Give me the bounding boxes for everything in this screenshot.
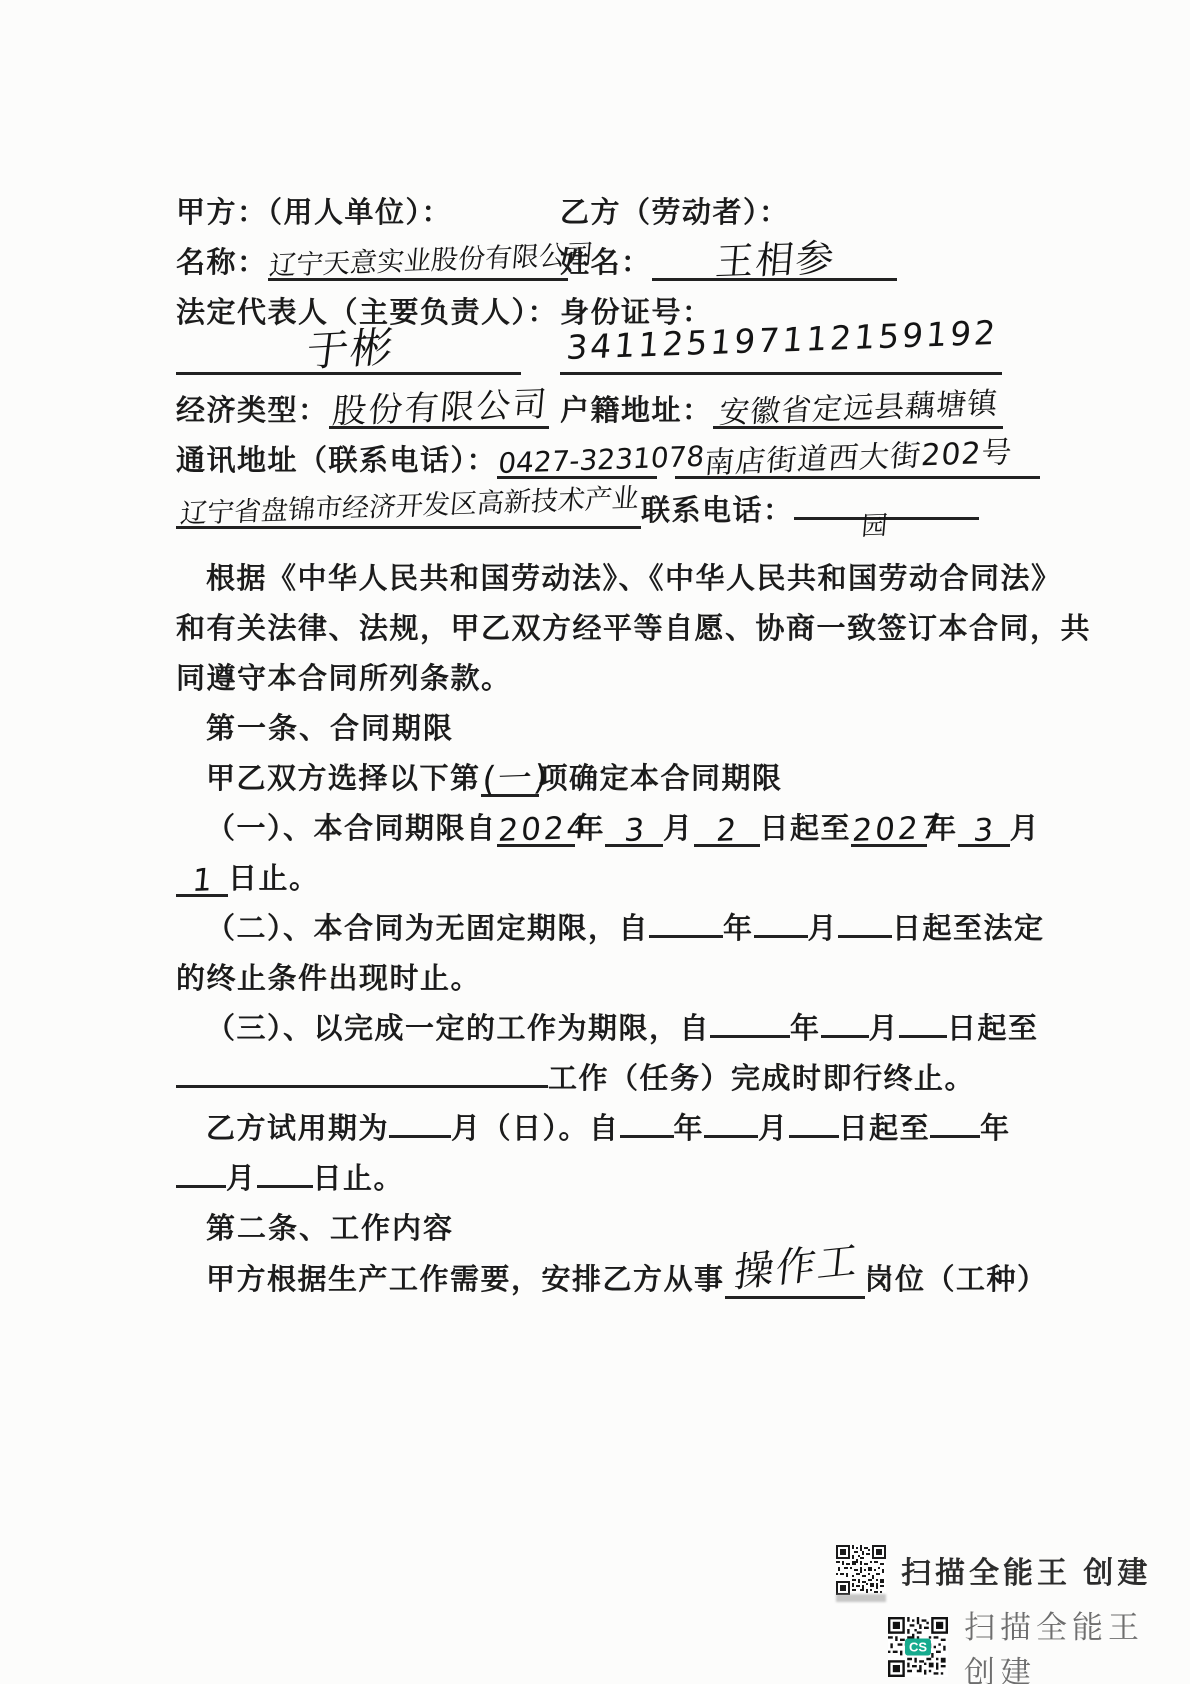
item3-cont-row: 工作（任务）完成时即行终止。 <box>176 1056 975 1097</box>
trial-day-from-label: 日起至 <box>839 1113 931 1145</box>
watermark-first: 扫描全能王 创建 <box>835 1545 1151 1595</box>
trial-cont-month-label: 月 <box>226 1163 257 1195</box>
item3-month-underline <box>821 1035 869 1038</box>
item2-suffix: 日起至法定 <box>892 913 1045 945</box>
economic-type-label: 经济类型： <box>176 395 329 427</box>
item1-start-year: 2024 <box>497 813 591 847</box>
item1-start-day-underline: 2 <box>694 813 760 847</box>
economic-type-value: 股份有限公司 <box>331 387 550 429</box>
select-suffix: 项确定本合同期限 <box>539 763 783 795</box>
item2-month-underline <box>754 935 808 938</box>
item1-start-month-underline: 3 <box>605 813 663 847</box>
preamble-line2: 和有关法律、法规，甲乙双方经平等自愿、协商一致签订本合同，共 <box>176 606 1091 647</box>
party-a-name-underline: 辽宁天意实业股份有限公司 <box>268 249 568 281</box>
article1-select-row: 甲乙双方选择以下第(一)项确定本合同期限 <box>206 756 783 797</box>
item1-start-year-underline: 2024 <box>497 813 575 847</box>
registered-address-value2: 南店街道西大街202号 <box>703 438 1014 479</box>
article2-work-row: 甲方根据生产工作需要，安排乙方从事操作工岗位（工种） <box>206 1256 1048 1299</box>
work-suffix: 岗位（工种） <box>865 1264 1048 1296</box>
party-b-name-label: 姓名： <box>560 247 652 279</box>
preamble-line1: 根据《中华人民共和国劳动法》、《中华人民共和国劳动合同法》 <box>206 556 1062 597</box>
item1-cont-day-underline: 1 <box>176 863 228 897</box>
item2-day-underline <box>838 935 892 938</box>
scan-smudge <box>836 1594 886 1602</box>
item2-month-label: 月 <box>808 913 839 945</box>
preamble-line3: 同遵守本合同所列条款。 <box>176 656 512 697</box>
select-value: (一) <box>481 761 550 797</box>
item2-year-label: 年 <box>723 913 754 945</box>
legal-rep-signature: 于彬 <box>304 326 397 373</box>
watermark-second: CS 扫描全能王 创建 <box>888 1602 1190 1684</box>
article1-heading: 第一条、合同期限 <box>206 706 454 747</box>
trial-cont-row: 月日止。 <box>176 1156 404 1197</box>
work-value: 操作工 <box>732 1240 862 1294</box>
contact-phone-label: 联系电话： <box>641 495 794 527</box>
item3-prefix: （三）、以完成一定的工作为期限，自 <box>206 1013 710 1045</box>
comm-phone-underline: 0427-3231078 <box>497 447 657 479</box>
party-a-name-row: 名称：辽宁天意实业股份有限公司 <box>176 240 568 281</box>
work-underline: 操作工 <box>725 1256 865 1299</box>
party-b-name-underline: 王相参 <box>652 240 897 281</box>
trial-month-underline <box>389 1135 451 1138</box>
item1-end-year: 2027 <box>851 813 945 847</box>
item3-day-from-label: 日起至 <box>947 1013 1039 1045</box>
comm-address-row2: 辽宁省盘锦市经济开发区高新技术产业联系电话： <box>176 488 979 529</box>
day-to-stop-label: 日止。 <box>228 863 320 895</box>
day-from-label: 日起至 <box>760 813 852 845</box>
item1-row: （一）、本合同期限自2024年3月2日起至2027年3月 <box>206 806 1040 847</box>
item2-cont-row: 的终止条件出现时止。 <box>176 956 481 997</box>
item1-end-month-underline: 3 <box>958 813 1010 847</box>
party-b-name-value: 王相参 <box>714 239 837 281</box>
article2-heading: 第二条、工作内容 <box>206 1206 454 1247</box>
comm-address2-underline: 辽宁省盘锦市经济开发区高新技术产业 <box>176 497 641 529</box>
cs-badge: CS <box>905 1639 931 1656</box>
registered-address2-underline: 南店街道西大街202号 <box>675 446 1040 479</box>
item3-row: （三）、以完成一定的工作为期限，自年月日起至 <box>206 1006 1039 1047</box>
item1-cont-day: 1 <box>191 865 216 897</box>
registered-address-row: 户籍地址：安徽省定远县藕塘镇 <box>560 388 1003 429</box>
comm-address-row: 通讯地址（联系电话）：0427-3231078南店街道西大街202号 <box>176 438 1040 479</box>
party-a-title: 甲方：（用人单位）： <box>176 190 452 231</box>
work-prefix: 甲方根据生产工作需要，安排乙方从事 <box>206 1264 725 1296</box>
trial-endyear-underline <box>930 1135 980 1138</box>
party-b-name-row: 姓名：王相参 <box>560 240 897 281</box>
comm-address-value: 辽宁省盘锦市经济开发区高新技术产业 <box>179 485 640 528</box>
item2-year-underline <box>649 935 723 938</box>
comm-address-overflow-char: 园 <box>860 505 891 543</box>
month-label: 月 <box>663 813 694 845</box>
item2-prefix: （二）、本合同为无固定期限，自 <box>206 913 649 945</box>
contract-scan-page: 甲方：（用人单位）： 乙方（劳动者）： 名称：辽宁天意实业股份有限公司 姓名：王… <box>0 0 1190 1684</box>
select-prefix: 甲乙双方选择以下第 <box>206 763 481 795</box>
trial-cont-day-underline <box>257 1185 313 1188</box>
economic-type-underline: 股份有限公司 <box>329 392 549 429</box>
trial-year-underline <box>620 1135 674 1138</box>
trial-year-label: 年 <box>674 1113 705 1145</box>
item1-end-year-underline: 2027 <box>851 813 927 847</box>
qr-code-icon <box>835 1545 887 1595</box>
item1-end-month: 3 <box>972 815 997 847</box>
party-a-name-value: 辽宁天意实业股份有限公司 <box>268 242 594 280</box>
item1-start-day: 2 <box>715 815 740 847</box>
item3-cont-suffix: 工作（任务）完成时即行终止。 <box>548 1063 975 1095</box>
watermark-text-first: 扫描全能王 创建 <box>901 1548 1151 1592</box>
registered-address-label: 户籍地址： <box>560 395 713 427</box>
qr-code-cs-icon: CS <box>888 1616 948 1678</box>
trial-row: 乙方试用期为月（日）。自年月日起至年 <box>206 1106 1011 1147</box>
party-b-title: 乙方（劳动者）： <box>560 190 790 231</box>
item3-task-underline <box>176 1085 548 1088</box>
trial-month-label: 月 <box>758 1113 789 1145</box>
registered-address-value: 安徽省定远县藕塘镇 <box>718 389 999 429</box>
legal-rep-signature-row: 于彬 <box>176 328 521 375</box>
trial-day-to-stop-label: 日止。 <box>313 1163 405 1195</box>
trial-day-underline <box>789 1135 839 1138</box>
item3-year-underline <box>710 1035 790 1038</box>
item1-start-month: 3 <box>623 815 648 847</box>
item2-row: （二）、本合同为无固定期限，自年月日起至法定 <box>206 906 1045 947</box>
legal-rep-underline: 于彬 <box>176 328 521 375</box>
comm-address-label: 通讯地址（联系电话）： <box>176 445 497 477</box>
item3-year-label: 年 <box>790 1013 821 1045</box>
item1-prefix: （一）、本合同期限自 <box>206 813 497 845</box>
trial-year-label2: 年 <box>980 1113 1011 1145</box>
registered-address-underline: 安徽省定远县藕塘镇 <box>713 396 1003 429</box>
item3-day-underline <box>899 1035 947 1038</box>
item3-month-label: 月 <box>869 1013 900 1045</box>
month-label2: 月 <box>1010 813 1041 845</box>
select-underline: (一) <box>481 760 539 797</box>
comm-phone-value: 0427-3231078 <box>497 443 705 478</box>
item1-cont-row: 1日止。 <box>176 856 320 897</box>
trial-cont-month-underline <box>176 1185 226 1188</box>
economic-type-row: 经济类型：股份有限公司 <box>176 388 549 429</box>
id-number-row: 341125197112159192 <box>560 328 1002 375</box>
trial-monthday-label: 月（日）。自 <box>451 1113 620 1145</box>
trial-month2-underline <box>704 1135 758 1138</box>
party-a-name-label: 名称： <box>176 247 268 279</box>
trial-prefix: 乙方试用期为 <box>206 1113 389 1145</box>
watermark-text-second: 扫描全能王 创建 <box>964 1602 1190 1684</box>
id-number-underline: 341125197112159192 <box>560 328 1002 375</box>
